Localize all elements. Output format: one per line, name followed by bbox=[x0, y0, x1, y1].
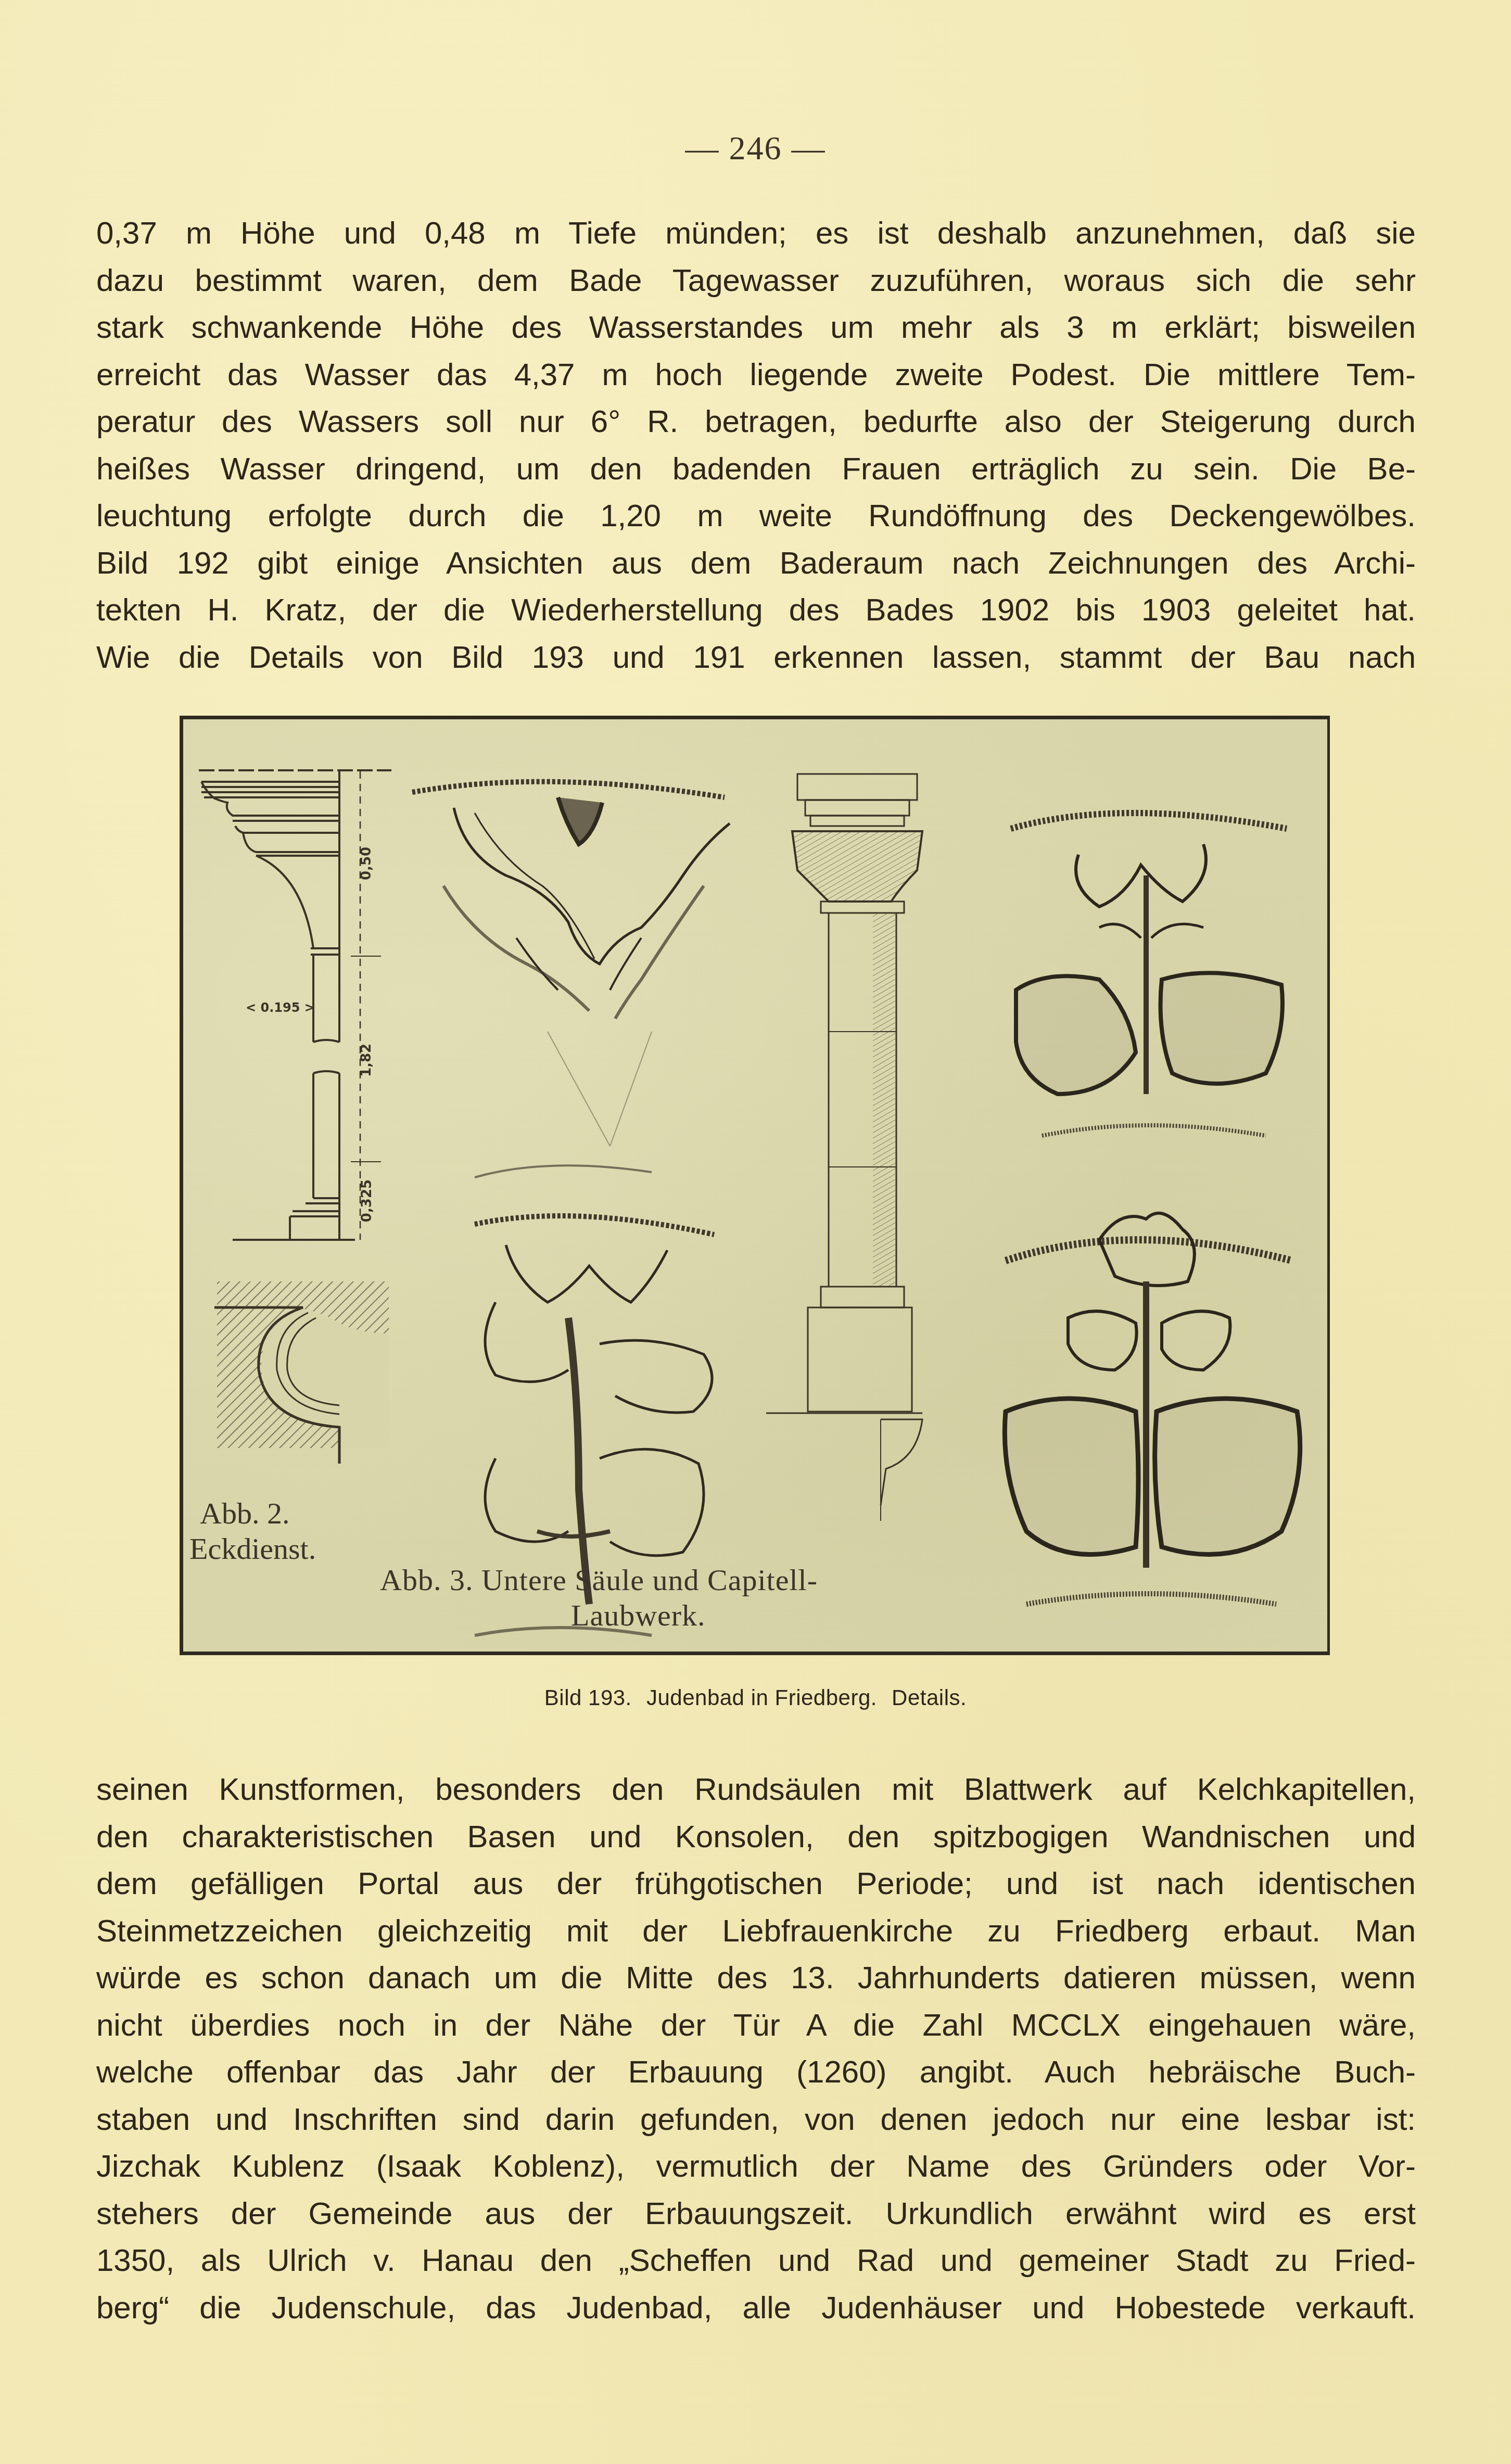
text-line: peratur des Wassers soll nur 6° R. betra… bbox=[96, 398, 1416, 446]
plate-drawings bbox=[183, 719, 1328, 1654]
text-line: nicht überdies noch in der Nähe der Tür … bbox=[96, 2002, 1416, 2049]
figure-caption: Bild 193. Judenbad in Friedberg. Details… bbox=[0, 1685, 1511, 1710]
text-line: Jizchak Kublenz (Isaak Koblenz), vermutl… bbox=[96, 2143, 1416, 2190]
text-line: den charakteristischen Basen und Konsole… bbox=[96, 1813, 1416, 1861]
text-line: Wie die Details von Bild 193 und 191 erk… bbox=[96, 634, 1416, 681]
abb3-label-continued: Laubwerk. bbox=[571, 1598, 706, 1633]
abb2-label: Abb. 2. bbox=[200, 1496, 289, 1531]
text-line: 0,37 m Höhe und 0,48 m Tiefe münden; es … bbox=[96, 210, 1416, 257]
eckdienst-section bbox=[214, 1281, 389, 1464]
body-text-top: 0,37 m Höhe und 0,48 m Tiefe münden; es … bbox=[96, 210, 1416, 681]
figure-plate: 0,50 < 0.195 > 1,82 0,325 Abb. 2. Eckdie… bbox=[180, 716, 1330, 1655]
text-line: heißes Wasser dringend, um den badenden … bbox=[96, 446, 1416, 493]
column-drawing bbox=[766, 774, 922, 1521]
text-line: seinen Kunstformen, besonders den Rundsä… bbox=[96, 1766, 1416, 1813]
text-line: berg“ die Judenschule, das Judenbad, all… bbox=[96, 2284, 1416, 2332]
text-line: dazu bestimmt waren, dem Bade Tagewasser… bbox=[96, 257, 1416, 304]
text-line: welche offenbar das Jahr der Erbauung (1… bbox=[96, 2049, 1416, 2096]
text-line: erreicht das Wasser das 4,37 m hoch lieg… bbox=[96, 351, 1416, 399]
leaf-console-4 bbox=[1005, 1213, 1300, 1604]
text-line: tekten H. Kratz, der die Wiederherstellu… bbox=[96, 587, 1416, 634]
book-page: — 246 — 0,37 m Höhe und 0,48 m Tiefe mün… bbox=[0, 0, 1511, 2464]
caption-suffix: Details. bbox=[892, 1685, 967, 1710]
text-line: stehers der Gemeinde aus der Erbauungsze… bbox=[96, 2190, 1416, 2238]
body-text-bottom: seinen Kunstformen, besonders den Rundsä… bbox=[96, 1766, 1416, 2331]
dim-base-height: 0,325 bbox=[359, 1179, 375, 1222]
abb3-label: Abb. 3. Untere Säule und Capitell- bbox=[380, 1563, 818, 1597]
text-line: würde es schon danach um die Mitte des 1… bbox=[96, 1954, 1416, 2002]
text-line: 1350, als Ulrich v. Hanau den „Scheffen … bbox=[96, 2237, 1416, 2284]
leaf-console-1 bbox=[412, 782, 730, 1177]
text-line: staben und Inschriften sind darin gefund… bbox=[96, 2096, 1416, 2143]
text-line: leuchtung erfolgte durch die 1,20 m weit… bbox=[96, 492, 1416, 540]
caption-figure-number: Bild 193. bbox=[544, 1685, 632, 1710]
dim-capital-height: 0,50 bbox=[359, 847, 374, 880]
text-line: stark schwankende Höhe des Wasserstandes… bbox=[96, 304, 1416, 351]
text-line: Bild 192 gibt einige Ansichten aus dem B… bbox=[96, 540, 1416, 587]
dim-shaft-height: 1,82 bbox=[359, 1044, 374, 1077]
abb2-title: Eckdienst. bbox=[189, 1531, 316, 1566]
page-number: — 246 — bbox=[0, 129, 1511, 168]
text-line: dem gefälligen Portal aus der frühgotisc… bbox=[96, 1860, 1416, 1908]
caption-title: Judenbad in Friedberg. bbox=[646, 1685, 877, 1710]
leaf-console-3 bbox=[1011, 813, 1287, 1136]
dim-shaft-width: < 0.195 > bbox=[246, 1000, 315, 1015]
text-line: Steinmetzzeichen gleichzeitig mit der Li… bbox=[96, 1908, 1416, 1955]
